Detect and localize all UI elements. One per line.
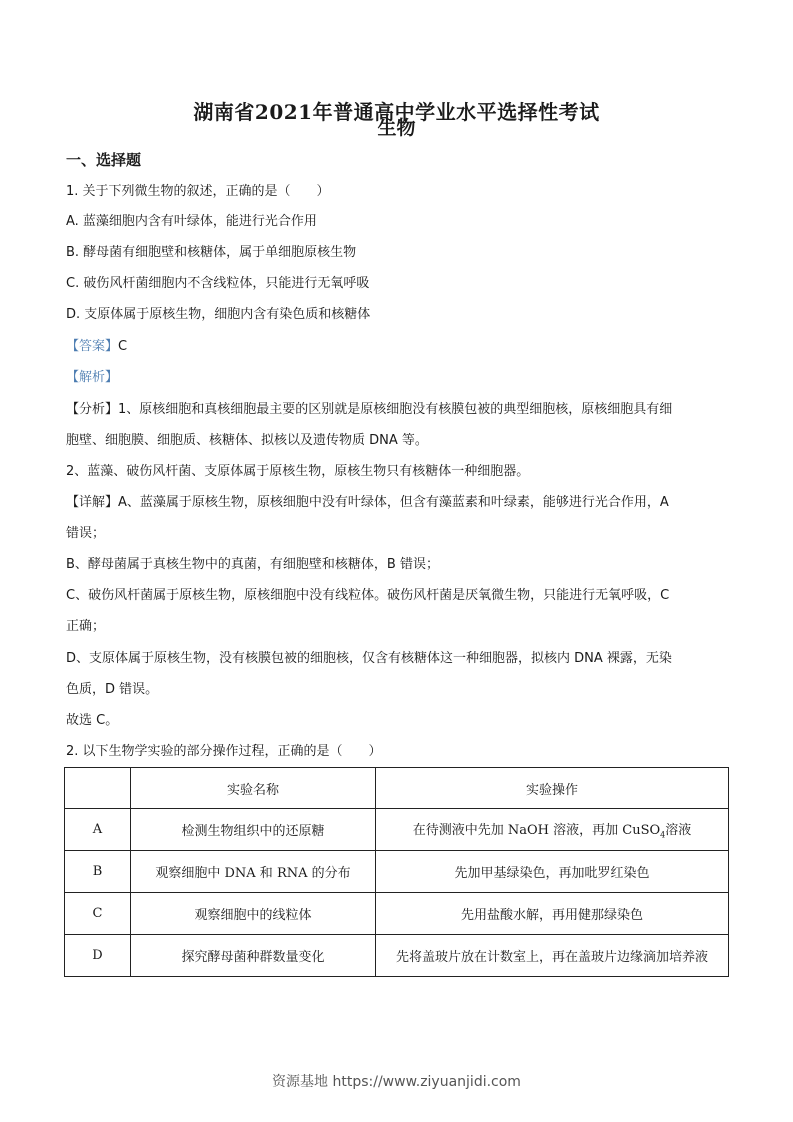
detail-line: B、酵母菌属于真核生物中的真菌，有细胞壁和核糖体，B 错误；	[66, 557, 439, 573]
table-row: B 观察细胞中 DNA 和 RNA 的分布 先加甲基绿染色，再加吡罗红染色	[65, 851, 729, 893]
answer-tag: 【答案】	[66, 339, 118, 354]
footer-watermark: 资源基地 https://www.ziyuanjidi.com	[0, 1071, 793, 1091]
table-row: C 观察细胞中的线粒体 先用盐酸水解，再用健那绿染色	[65, 893, 729, 935]
question-2-stem: 2. 以下生物学实验的部分操作过程，正确的是（ ）	[66, 744, 382, 760]
answer-line: 【答案】C	[66, 339, 127, 355]
experiment-operation: 先将盖玻片放在计数室上，再在盖玻片边缘滴加培养液	[376, 935, 729, 977]
section-heading: 一、选择题	[66, 152, 141, 168]
detail-line: 正确；	[66, 619, 105, 635]
detail-line: D、支原体属于原核生物，没有核膜包被的细胞核，仅含有核糖体这一种细胞器，拟核内 …	[66, 651, 672, 667]
experiment-operation: 在待测液中先加 NaOH 溶液，再加 CuSO4溶液	[376, 809, 729, 851]
detail-line: 错误；	[66, 526, 105, 542]
analysis-line: 2、蓝藻、破伤风杆菌、支原体属于原核生物，原核生物只有核糖体一种细胞器。	[66, 464, 529, 480]
detail-line: 色质，D 错误。	[66, 682, 158, 698]
question-1-option-d: D. 支原体属于原核生物，细胞内含有染色质和核糖体	[66, 307, 370, 323]
table-header-cell: 实验名称	[131, 768, 376, 809]
experiment-name: 探究酵母菌种群数量变化	[131, 935, 376, 977]
analysis-tag: 【解析】	[66, 370, 118, 386]
question-1-stem: 1. 关于下列微生物的叙述，正确的是（ ）	[66, 184, 330, 200]
row-label: D	[65, 935, 131, 977]
question-1-option-b: B. 酵母菌有细胞壁和核糖体，属于单细胞原核生物	[66, 245, 356, 261]
row-label: B	[65, 851, 131, 893]
table-row: A 检测生物组织中的还原糖 在待测液中先加 NaOH 溶液，再加 CuSO4溶液	[65, 809, 729, 851]
experiment-name: 检测生物组织中的还原糖	[131, 809, 376, 851]
experiment-operation: 先用盐酸水解，再用健那绿染色	[376, 893, 729, 935]
analysis-line: 【分析】1、原核细胞和真核细胞最主要的区别就是原核细胞没有核膜包被的典型细胞核，…	[66, 402, 672, 418]
question-1-option-a: A. 蓝藻细胞内含有叶绿体，能进行光合作用	[66, 214, 317, 230]
row-label: A	[65, 809, 131, 851]
experiment-name: 观察细胞中 DNA 和 RNA 的分布	[131, 851, 376, 893]
table-header-cell	[65, 768, 131, 809]
answer-value: C	[118, 339, 127, 354]
table-row: D 探究酵母菌种群数量变化 先将盖玻片放在计数室上，再在盖玻片边缘滴加培养液	[65, 935, 729, 977]
analysis-line: 胞壁、细胞膜、细胞质、核糖体、拟核以及遗传物质 DNA 等。	[66, 433, 428, 449]
experiment-operation: 先加甲基绿染色，再加吡罗红染色	[376, 851, 729, 893]
detail-line: C、破伤风杆菌属于原核生物，原核细胞中没有线粒体。破伤风杆菌是厌氧微生物，只能进…	[66, 588, 669, 604]
exam-subject: 生物	[0, 113, 793, 140]
table-header-cell: 实验操作	[376, 768, 729, 809]
conclusion-line: 故选 C。	[66, 713, 118, 729]
experiment-name: 观察细胞中的线粒体	[131, 893, 376, 935]
question-1-option-c: C. 破伤风杆菌细胞内不含线粒体，只能进行无氧呼吸	[66, 276, 369, 292]
operation-text: 在待测液中先加 NaOH 溶液，再加 CuSO	[413, 823, 660, 838]
operation-text: 溶液	[665, 823, 691, 838]
detail-line: 【详解】A、蓝藻属于原核生物，原核细胞中没有叶绿体，但含有藻蓝素和叶绿素，能够进…	[66, 495, 669, 511]
experiment-table: 实验名称 实验操作 A 检测生物组织中的还原糖 在待测液中先加 NaOH 溶液，…	[64, 767, 729, 977]
table-header-row: 实验名称 实验操作	[65, 768, 729, 809]
row-label: C	[65, 893, 131, 935]
